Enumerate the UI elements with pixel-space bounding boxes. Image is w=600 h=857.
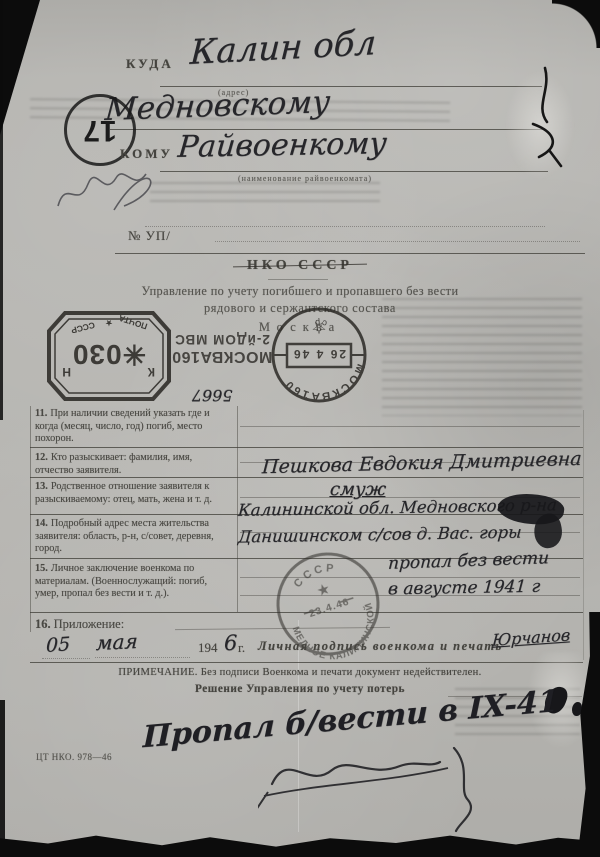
year-suffix: г. xyxy=(238,640,245,656)
mednoe-stamp-date: 23.4.46 xyxy=(307,596,351,620)
org-name-struck: НКО СССР xyxy=(0,258,600,274)
dept-line1: Управление по учету погибшего и пропавше… xyxy=(0,284,600,299)
form-item-15-text: Личное заключение военкома по материалам… xyxy=(35,563,207,599)
form-item-11: 11.При наличии сведений указать где и ко… xyxy=(35,408,232,446)
form-item-12-number: 12. xyxy=(35,452,48,463)
signature-caption: Личная подпись военкома и печать xyxy=(258,639,503,654)
mvs-line2: 2-йДОМ МВС xyxy=(170,332,274,347)
resolution-signature-scribble xyxy=(258,738,498,833)
scan-edge xyxy=(0,0,3,420)
form-item-15-number: 15. xyxy=(35,563,48,574)
bleedthrough-strip xyxy=(150,182,380,204)
form-item-14: 14.Подробный адрес места жительства заяв… xyxy=(35,518,232,556)
scan-edge xyxy=(552,0,600,48)
form-item-13-number: 13. xyxy=(35,481,48,492)
form-item-12: 12.Кто разыскивает: фамилия, имя, отчест… xyxy=(35,452,232,477)
kuda-label: КУДА xyxy=(126,56,174,72)
form-item-11-number: 11. xyxy=(35,408,47,419)
octagon-star-icon: ★ xyxy=(105,318,113,328)
octagon-band-left: ПОЧТА xyxy=(117,313,148,332)
komu-hint: (наименование райвоенкомата) xyxy=(238,174,372,183)
year-printed: 194 xyxy=(198,640,218,656)
mednoe-stamp-star-icon: ★ xyxy=(314,580,332,600)
octagon-value: ✳030 xyxy=(72,339,146,370)
octagon-band-right: СССР xyxy=(70,320,96,336)
paper-tear-marks xyxy=(505,62,575,177)
answer-conclusion-line2: в августе 1941 г xyxy=(387,577,541,600)
form-item-16-number: 16. xyxy=(35,617,51,631)
moscow-postmark-star-icon: ☆ xyxy=(311,318,326,337)
note-text: ПРИМЕЧАНИЕ. Без подписи Военкома и печат… xyxy=(20,667,580,678)
mvs-cachet: МОСКВА160 2-йДОМ МВС xyxy=(170,332,274,365)
scanned-document: КУДА Калин обл (адрес) Медновскому 17 КО… xyxy=(0,0,600,857)
komu-handwritten: Райвоенкому xyxy=(176,126,388,165)
form-item-15: 15.Личное заключение военкома по материа… xyxy=(35,563,232,601)
octagon-post-stamp: ✳030 К Н ПОЧТА СССР ★ xyxy=(46,310,172,402)
date-day-handwritten: 05 xyxy=(46,633,71,657)
form-code: ЦТ НКО. 978—46 xyxy=(36,752,112,762)
answer-relation: смуж xyxy=(329,479,387,500)
form-item-16-text: Приложение: xyxy=(54,617,125,631)
octagon-right-letter: Н xyxy=(62,365,71,379)
octagon-left-letter: К xyxy=(147,365,155,379)
moscow-postmark-date: 26 4 46 xyxy=(292,347,346,361)
form-item-13-text: Родственное отношение заявителя к разыск… xyxy=(35,481,212,505)
form-item-14-text: Подробный адрес места жительства заявите… xyxy=(35,518,214,554)
form-item-13: 13.Родственное отношение заявителя к раз… xyxy=(35,481,232,506)
form-item-14-number: 14. xyxy=(35,518,48,529)
up-number-label: № УП/ xyxy=(128,228,171,244)
scan-edge xyxy=(0,700,5,857)
mvs-line1: МОСКВА160 xyxy=(170,347,274,365)
pencil-scribble xyxy=(52,148,172,226)
form-item-12-text: Кто разыскивает: фамилия, имя, отчество … xyxy=(35,452,192,476)
date-month-handwritten: мая xyxy=(95,629,138,655)
form-item-11-text: При наличии сведений указать где и когда… xyxy=(35,408,210,444)
incoming-number-handwritten: 5667 xyxy=(192,386,233,405)
moscow-postmark: МОСКВА160 ср 26 4 46 ☆ xyxy=(268,305,370,405)
org-name-text: НКО СССР xyxy=(247,258,353,274)
year-digit-handwritten: 6 xyxy=(224,631,237,655)
